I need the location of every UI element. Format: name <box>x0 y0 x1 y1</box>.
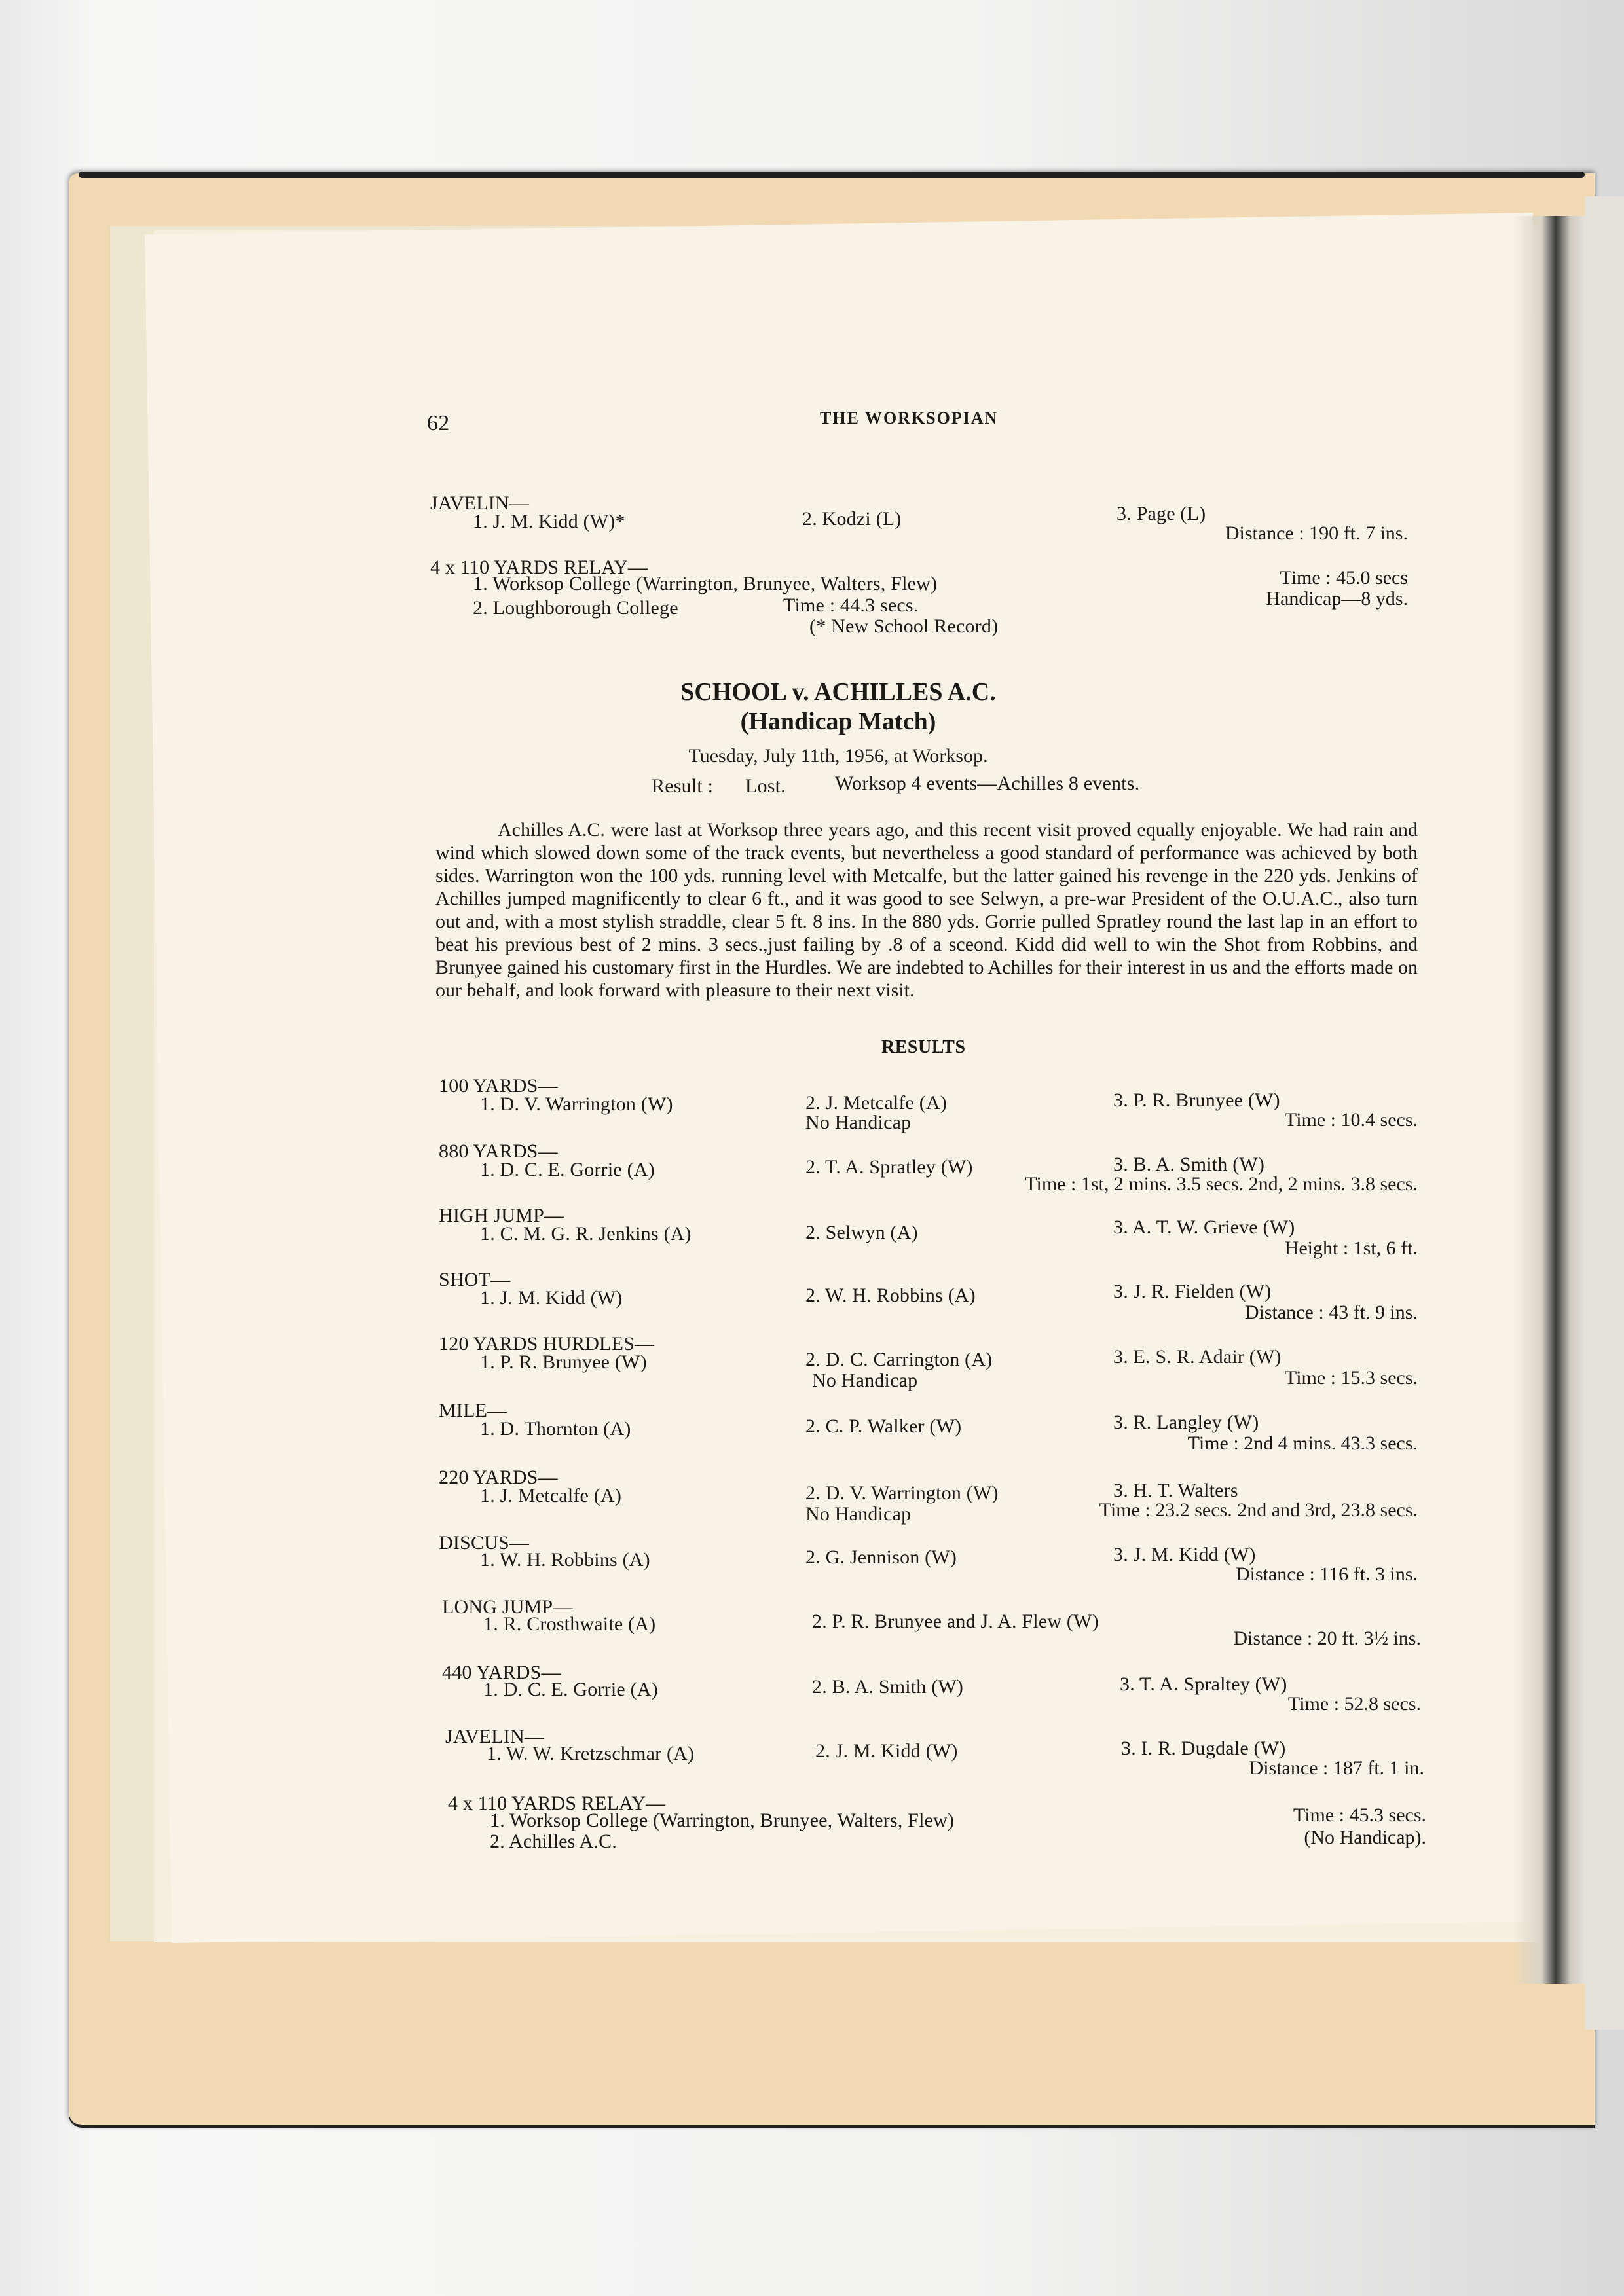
first-place: 1. Worksop College (Warrington, Brunyee,… <box>490 1810 954 1832</box>
result-label: Result : <box>652 775 713 797</box>
handicap-note: No Handicap <box>812 1370 917 1392</box>
first-place: 1. W. H. Robbins (A) <box>480 1549 650 1571</box>
match-title: SCHOOL v. ACHILLES A.C. <box>0 678 1624 706</box>
second-place: 2. Selwyn (A) <box>805 1222 918 1244</box>
third-place: 3. T. A. Spraltey (W) <box>1120 1673 1287 1696</box>
first-place: 1. W. W. Kretzschmar (A) <box>487 1743 694 1765</box>
event-result: Time : 2nd 4 mins. 43.3 secs. <box>1048 1432 1418 1455</box>
event-result: Time : 15.3 secs. <box>1113 1367 1418 1389</box>
facing-page-edge <box>1585 196 1624 2030</box>
event-result: Distance : 187 ft. 1 in. <box>1113 1757 1424 1779</box>
event-result: Distance : 190 ft. 7 ins. <box>1048 522 1408 545</box>
second-place: 2. J. Metcalfe (A) <box>805 1092 947 1114</box>
record-note: (* New School Record) <box>809 615 998 638</box>
third-place: 3. B. A. Smith (W) <box>1113 1154 1264 1176</box>
second-place: 2. G. Jennison (W) <box>805 1546 957 1569</box>
first-place: 1. D. Thornton (A) <box>480 1418 631 1440</box>
cover-edge <box>79 172 1585 178</box>
event-result: Distance : 20 ft. 3½ ins. <box>1113 1628 1421 1650</box>
first-place: 1. C. M. G. R. Jenkins (A) <box>480 1223 692 1245</box>
third-place: 3. E. S. R. Adair (W) <box>1113 1346 1282 1368</box>
third-place: 3. J. M. Kidd (W) <box>1113 1544 1256 1566</box>
third-place: 3. H. T. Walters <box>1113 1480 1238 1502</box>
result-value: Lost. <box>745 775 786 797</box>
event-result: Time : 45.0 secs <box>1113 567 1408 589</box>
second-place: 2. Achilles A.C. <box>490 1831 617 1853</box>
first-place: 1. Worksop College (Warrington, Brunyee,… <box>473 573 937 595</box>
second-place: 2. Loughborough College <box>473 597 678 619</box>
third-place: 3. I. R. Dugdale (W) <box>1121 1738 1285 1760</box>
first-place: 1. D. C. E. Gorrie (A) <box>483 1679 658 1701</box>
third-place: 3. J. R. Fielden (W) <box>1113 1281 1271 1303</box>
second-place: 2. B. A. Smith (W) <box>812 1676 963 1698</box>
book-gutter <box>1513 216 1585 1984</box>
third-place: 3. Page (L) <box>1116 503 1206 525</box>
match-subtitle: (Handicap Match) <box>0 707 1624 736</box>
event-result: Time : 45.3 secs. <box>1113 1804 1426 1827</box>
third-place: 3. A. T. W. Grieve (W) <box>1113 1216 1295 1239</box>
running-title: THE WORKSOPIAN <box>820 409 998 428</box>
event-result: Time : 10.4 secs. <box>1113 1109 1418 1131</box>
second-place: 2. C. P. Walker (W) <box>805 1415 961 1438</box>
event-result: Time : 52.8 secs. <box>1113 1693 1421 1715</box>
match-report: Achilles A.C. were last at Worksop three… <box>435 818 1418 1002</box>
match-date: Tuesday, July 11th, 1956, at Worksop. <box>0 745 1624 767</box>
handicap: Handicap—8 yds. <box>1113 588 1408 610</box>
second-place: 2. Kodzi (L) <box>802 508 902 530</box>
second-place: 2. P. R. Brunyee and J. A. Flew (W) <box>812 1611 1099 1633</box>
event-result: Time : 23.2 secs. 2nd and 3rd, 23.8 secs… <box>917 1499 1418 1522</box>
first-place: 1. J. Metcalfe (A) <box>480 1485 621 1507</box>
first-place: 1. J. M. Kidd (W)* <box>473 511 625 533</box>
second-place: 2. J. M. Kidd (W) <box>815 1740 958 1762</box>
event-result: Distance : 116 ft. 3 ins. <box>1113 1563 1418 1586</box>
event-result: Height : 1st, 6 ft. <box>1113 1237 1418 1260</box>
third-place: 3. P. R. Brunyee (W) <box>1113 1089 1280 1112</box>
first-place: 1. D. V. Warrington (W) <box>480 1093 673 1116</box>
result-detail: Worksop 4 events—Achilles 8 events. <box>835 773 1139 795</box>
event-result: Distance : 43 ft. 9 ins. <box>1113 1302 1418 1324</box>
results-heading: RESULTS <box>881 1037 966 1058</box>
first-place: 1. J. M. Kidd (W) <box>480 1287 623 1309</box>
page-number: 62 <box>427 412 449 435</box>
first-place: 1. D. C. E. Gorrie (A) <box>480 1159 655 1181</box>
first-place: 1. P. R. Brunyee (W) <box>480 1351 647 1374</box>
third-place: 3. R. Langley (W) <box>1113 1412 1259 1434</box>
handicap-note: No Handicap <box>805 1503 911 1525</box>
second-place-time: Time : 44.3 secs. <box>783 594 918 617</box>
handicap: (No Handicap). <box>1113 1827 1426 1849</box>
first-place: 1. R. Crosthwaite (A) <box>483 1613 655 1635</box>
second-place: 2. D. C. Carrington (A) <box>805 1349 992 1371</box>
handicap-note: No Handicap <box>805 1112 911 1134</box>
second-place: 2. W. H. Robbins (A) <box>805 1285 976 1307</box>
event-result: Time : 1st, 2 mins. 3.5 secs. 2nd, 2 min… <box>851 1173 1418 1195</box>
